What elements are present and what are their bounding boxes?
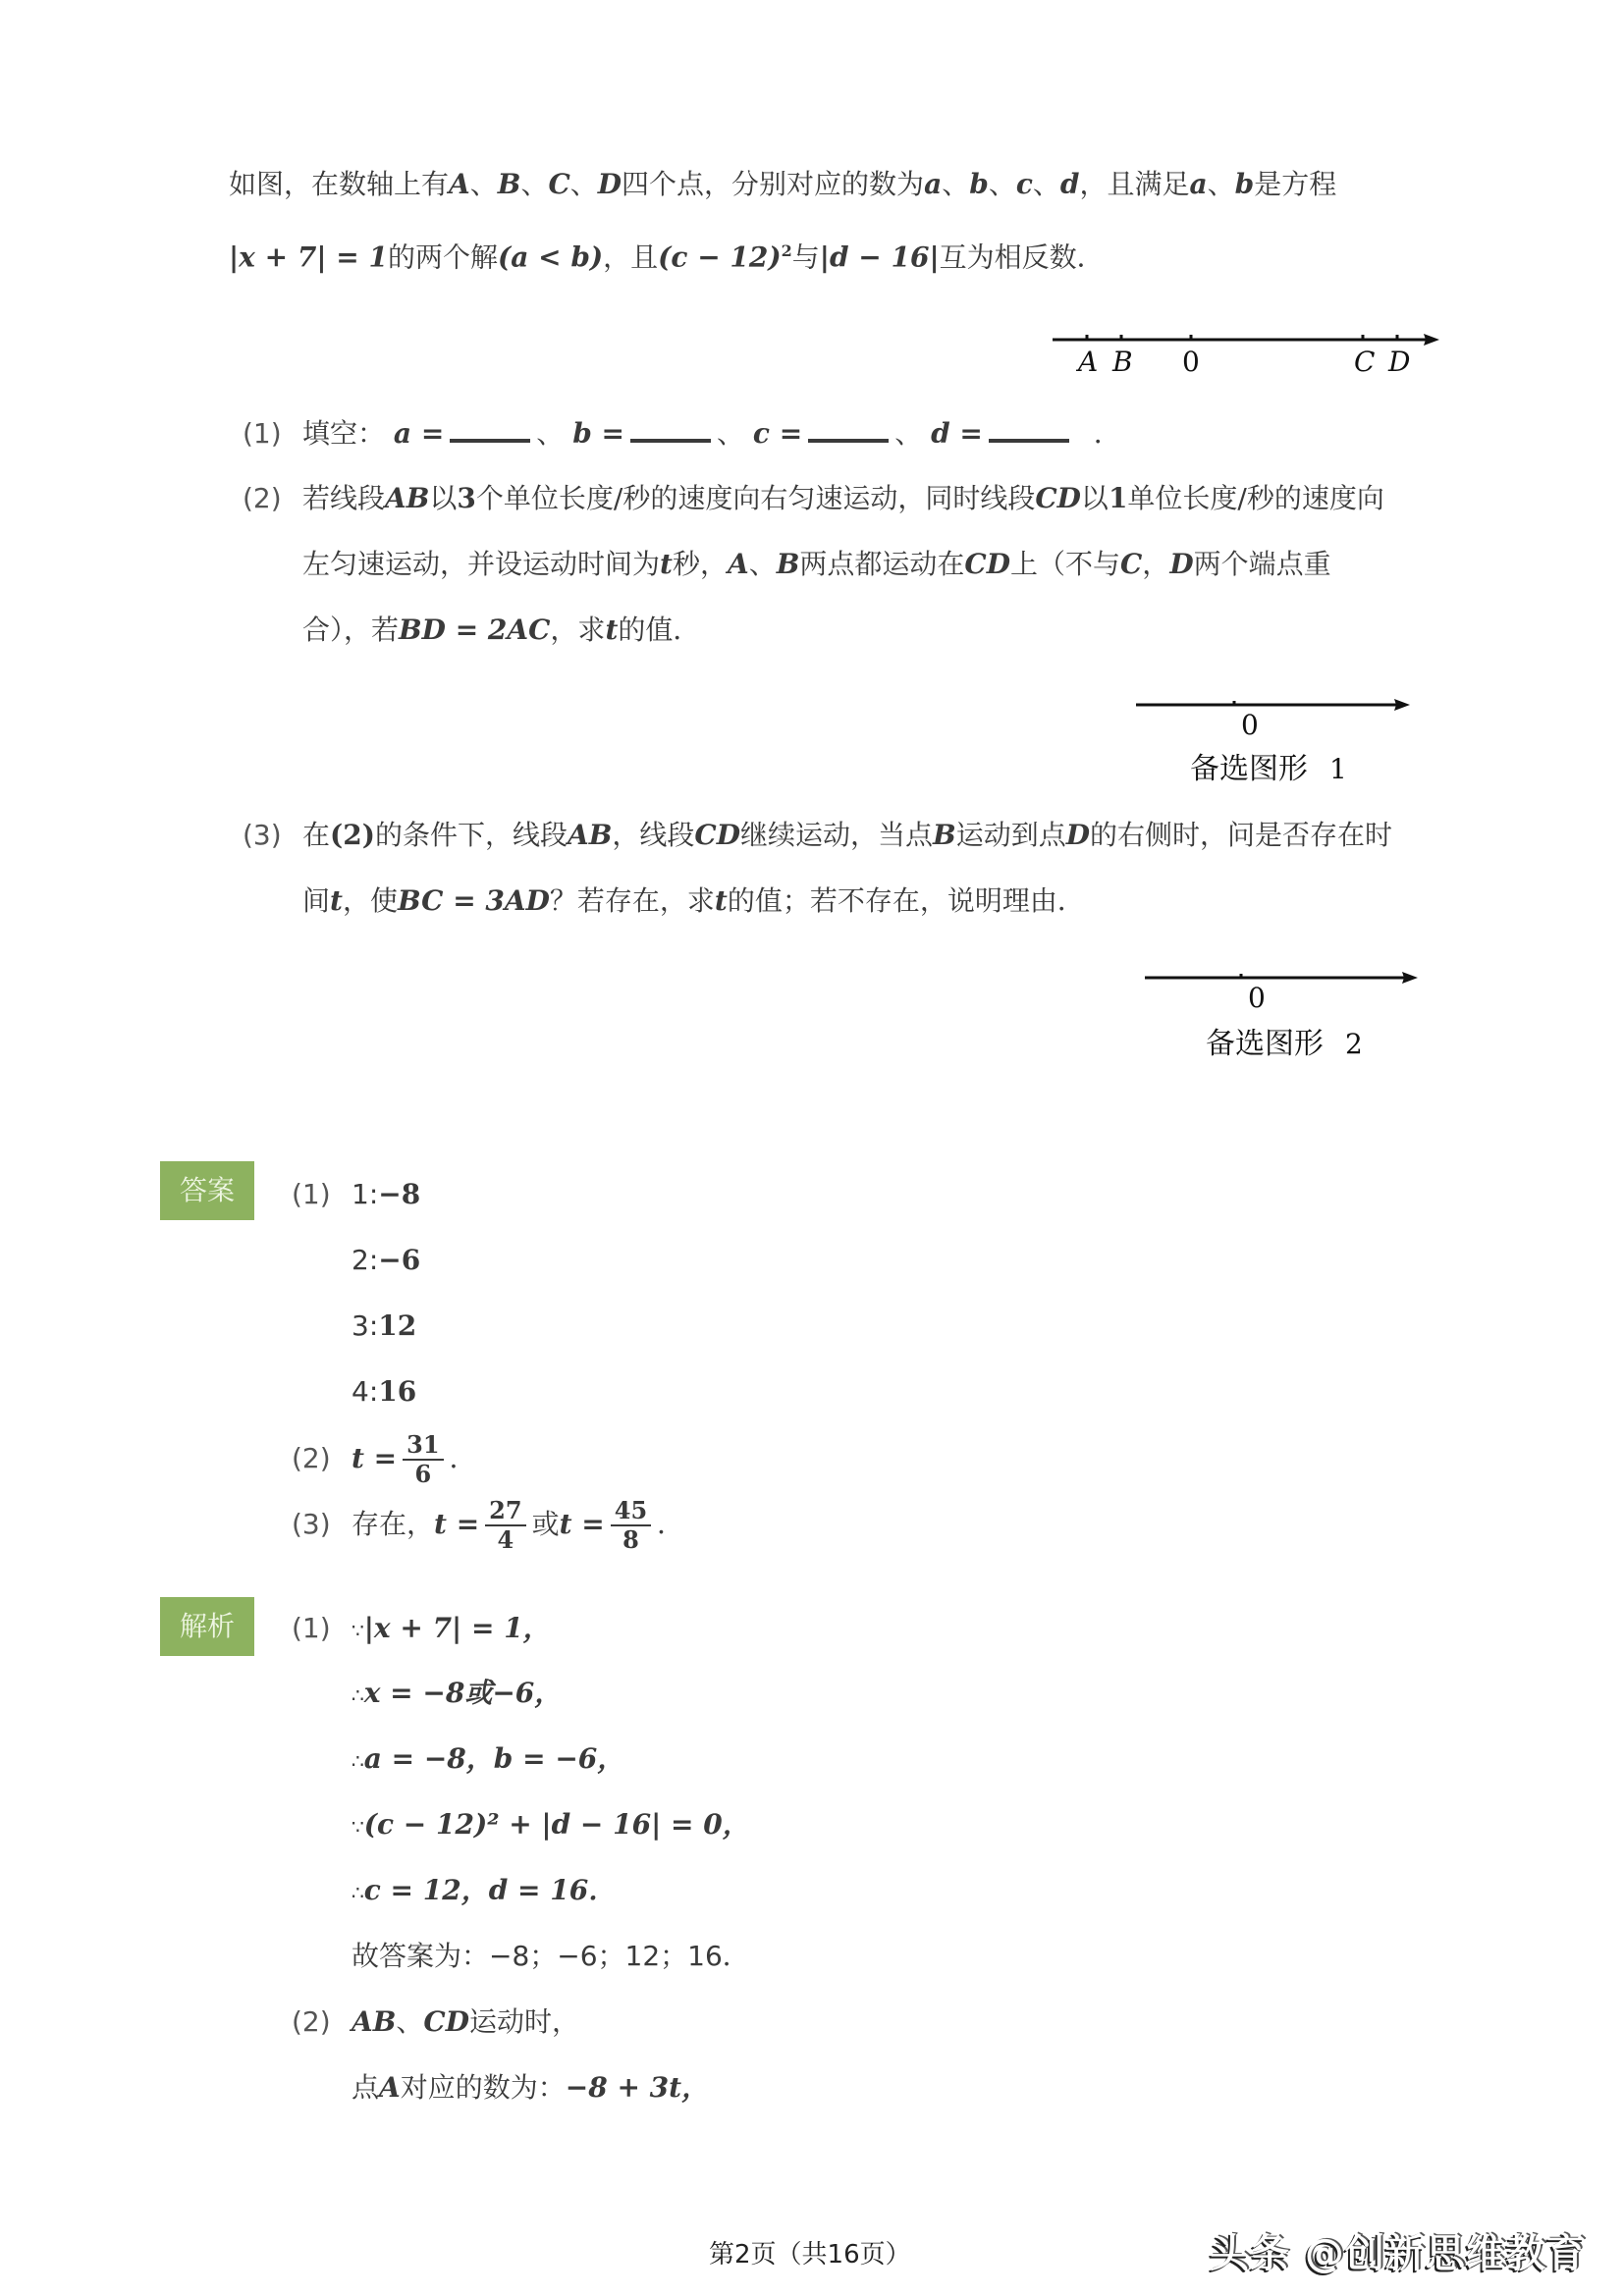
alt-figure-2-caption: 备选图形2 xyxy=(1206,1019,1363,1062)
answer-part3: 存在，t =274或t =458． xyxy=(352,1489,684,1560)
analysis-step: ∴c = 12，d = 16． xyxy=(352,1873,616,1910)
page-number: 第2页（共16页） xyxy=(709,2234,911,2270)
fraction-27-4: 274 xyxy=(485,1497,525,1554)
number-line-label-zero: 0 xyxy=(1182,346,1200,378)
number-line-label-d: D xyxy=(1388,346,1410,378)
analysis-step: ∵|x + 7| = 1， xyxy=(352,1611,551,1648)
answer-part2-label: (2) xyxy=(292,1441,331,1476)
answer-part3-label: (3) xyxy=(292,1507,331,1542)
answer-badge: 答案 xyxy=(160,1161,254,1220)
part2-line-3: 合），若BD = 2AC，求t的值． xyxy=(302,613,700,648)
fraction-45-8: 458 xyxy=(611,1497,651,1554)
part2-label: (2) xyxy=(243,481,282,516)
answer-item: 4:16 xyxy=(352,1374,416,1410)
analysis-part2-label: (2) xyxy=(292,2004,331,2040)
alt-figure-1-caption: 备选图形1 xyxy=(1190,744,1347,787)
alt-figure-2-axis xyxy=(1139,962,1434,1001)
alt-figure-1-axis xyxy=(1129,687,1424,726)
stem-line-1: 如图，在数轴上有A、B、C、D四个点，分别对应的数为a、b、c、d，且满足a、b… xyxy=(229,167,1336,202)
analysis-step: ∴a = −8，b = −6， xyxy=(352,1741,624,1779)
analysis-part1-conclusion: 故答案为：−8；−6；12；16． xyxy=(352,1939,750,1974)
blank-a[interactable] xyxy=(450,419,530,443)
part1-label: (1) xyxy=(243,416,282,452)
watermark: 头条 @创新思维教育 xyxy=(1210,2222,1587,2278)
number-line-label-c: C xyxy=(1354,346,1375,378)
analysis-step: ∵(c − 12)² + |d − 16| = 0， xyxy=(352,1807,750,1844)
stem-line-2: |x + 7| = 1的两个解(a < b)，且(c − 12)2与|d − 1… xyxy=(229,234,1105,275)
answer-part1-label: (1) xyxy=(292,1177,331,1212)
answer-item: 2:−6 xyxy=(352,1243,420,1278)
answer-item: 3:12 xyxy=(352,1308,416,1344)
blank-c[interactable] xyxy=(808,419,889,443)
part2-line-2: 左匀速运动，并设运动时间为t秒，A、B两点都运动在CD上（不与C，D两个端点重 xyxy=(302,547,1331,582)
part2-line-1: 若线段AB以3个单位长度/秒的速度向右匀速运动，同时线段CD以1单位长度/秒的速… xyxy=(302,481,1384,516)
number-line-label-b: B xyxy=(1112,346,1133,378)
analysis-badge: 解析 xyxy=(160,1597,254,1656)
analysis-part2-line-1: AB、CD运动时， xyxy=(352,2004,579,2040)
alt-figure-1-zero: 0 xyxy=(1241,709,1259,741)
alt-figure-2-zero: 0 xyxy=(1248,982,1266,1014)
part3-label: (3) xyxy=(243,818,282,853)
fraction-31-6: 316 xyxy=(403,1431,443,1488)
part3-line-1: 在(2)的条件下，线段AB，线段CD继续运动，当点B运动到点D的右侧时，问是否存… xyxy=(302,818,1392,853)
part1-fill-blank: 填空： a =、 b =、 c =、 d = ． xyxy=(302,416,1121,452)
analysis-step: ∴x = −8或−6， xyxy=(352,1676,562,1713)
answer-item: 1:−8 xyxy=(352,1177,420,1212)
part3-line-2: 间t，使BC = 3AD？若存在，求t的值；若不存在，说明理由． xyxy=(302,883,1085,919)
analysis-part2-line-2: 点A对应的数为：−8 + 3t， xyxy=(352,2070,709,2106)
analysis-part1-label: (1) xyxy=(292,1611,331,1646)
blank-d[interactable] xyxy=(989,419,1069,443)
blank-b[interactable] xyxy=(630,419,711,443)
number-line-label-a: A xyxy=(1078,346,1098,378)
answer-part2: t =316． xyxy=(352,1423,477,1494)
